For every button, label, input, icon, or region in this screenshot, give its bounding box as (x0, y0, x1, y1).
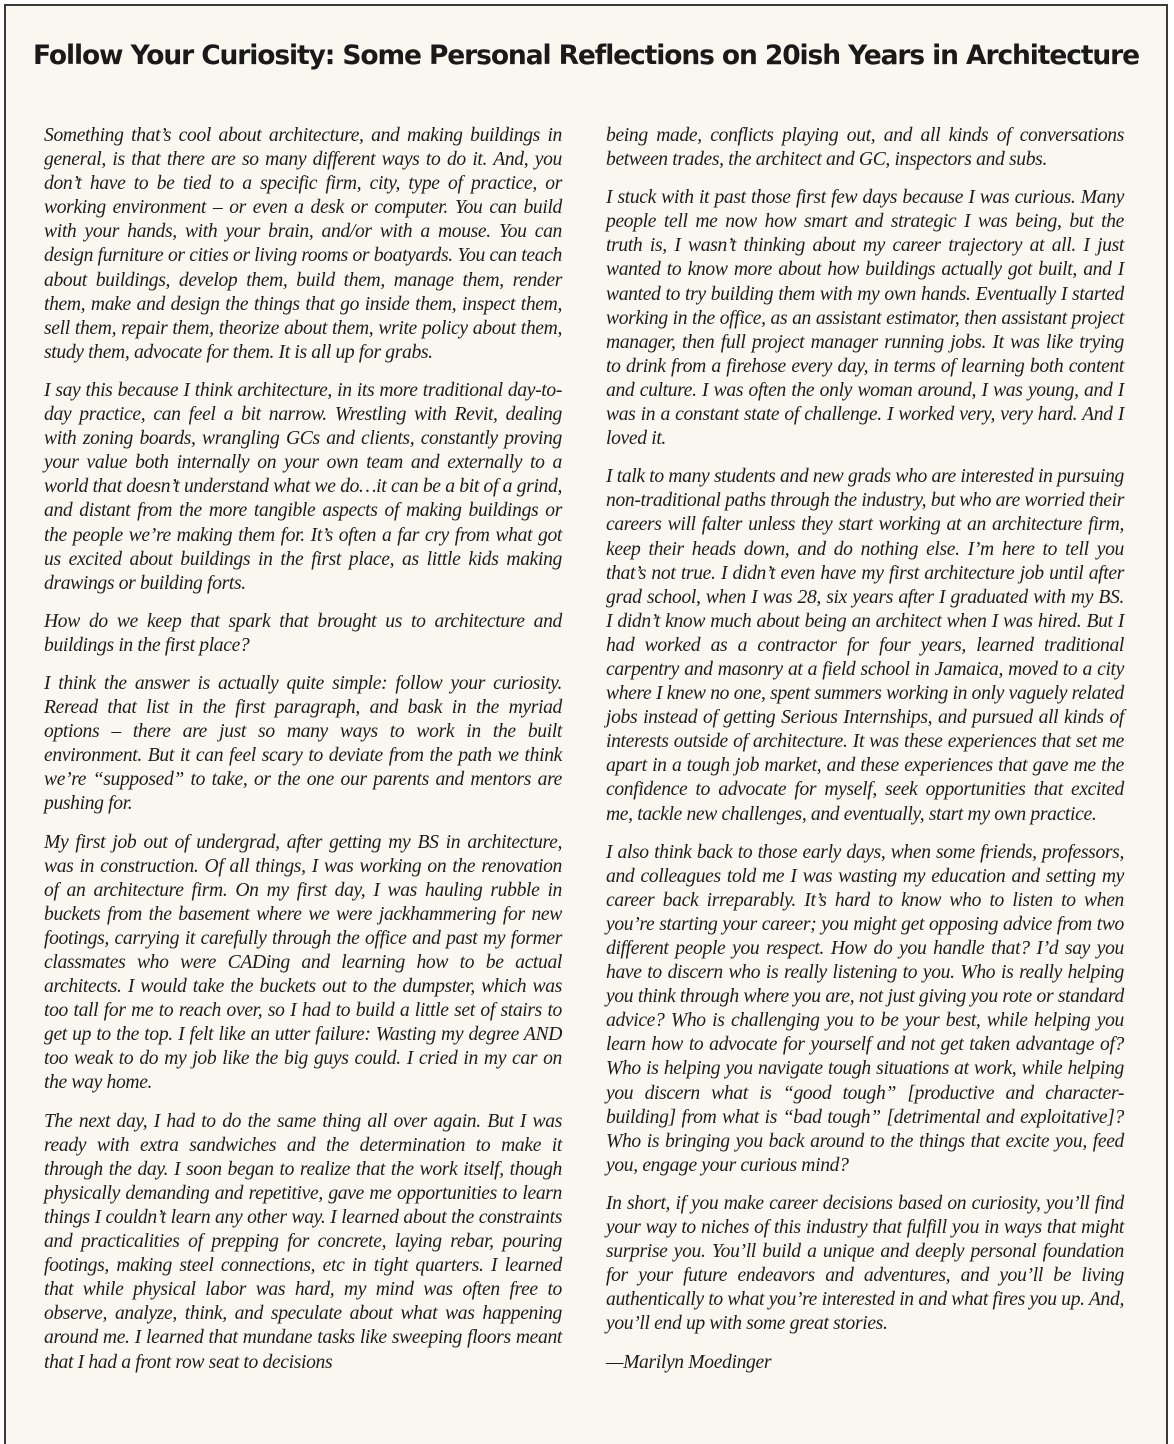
article-title: Follow Your Curiosity: Some Personal Ref… (6, 40, 1166, 71)
paragraph: My first job out of undergrad, after get… (44, 831, 562, 1096)
paragraph: I talk to many students and new grads wh… (606, 465, 1124, 826)
paragraph: In short, if you make career decisions b… (606, 1192, 1124, 1337)
author-signature: —Marilyn Moedinger (606, 1351, 1124, 1375)
right-column: being made, conflicts playing out, and a… (606, 124, 1124, 1389)
paragraph: I stuck with it past those first few day… (606, 186, 1124, 451)
paragraph: I say this because I think architecture,… (44, 379, 562, 596)
paragraph: Something that’s cool about architecture… (44, 124, 562, 365)
paragraph: being made, conflicts playing out, and a… (606, 124, 1124, 172)
left-column: Something that’s cool about architecture… (44, 124, 562, 1389)
paragraph: The next day, I had to do the same thing… (44, 1110, 562, 1375)
article-page: Follow Your Curiosity: Some Personal Ref… (4, 4, 1168, 1440)
paragraph: I also think back to those early days, w… (606, 841, 1124, 1178)
paragraph: I think the answer is actually quite sim… (44, 672, 562, 817)
paragraph: How do we keep that spark that brought u… (44, 610, 562, 658)
